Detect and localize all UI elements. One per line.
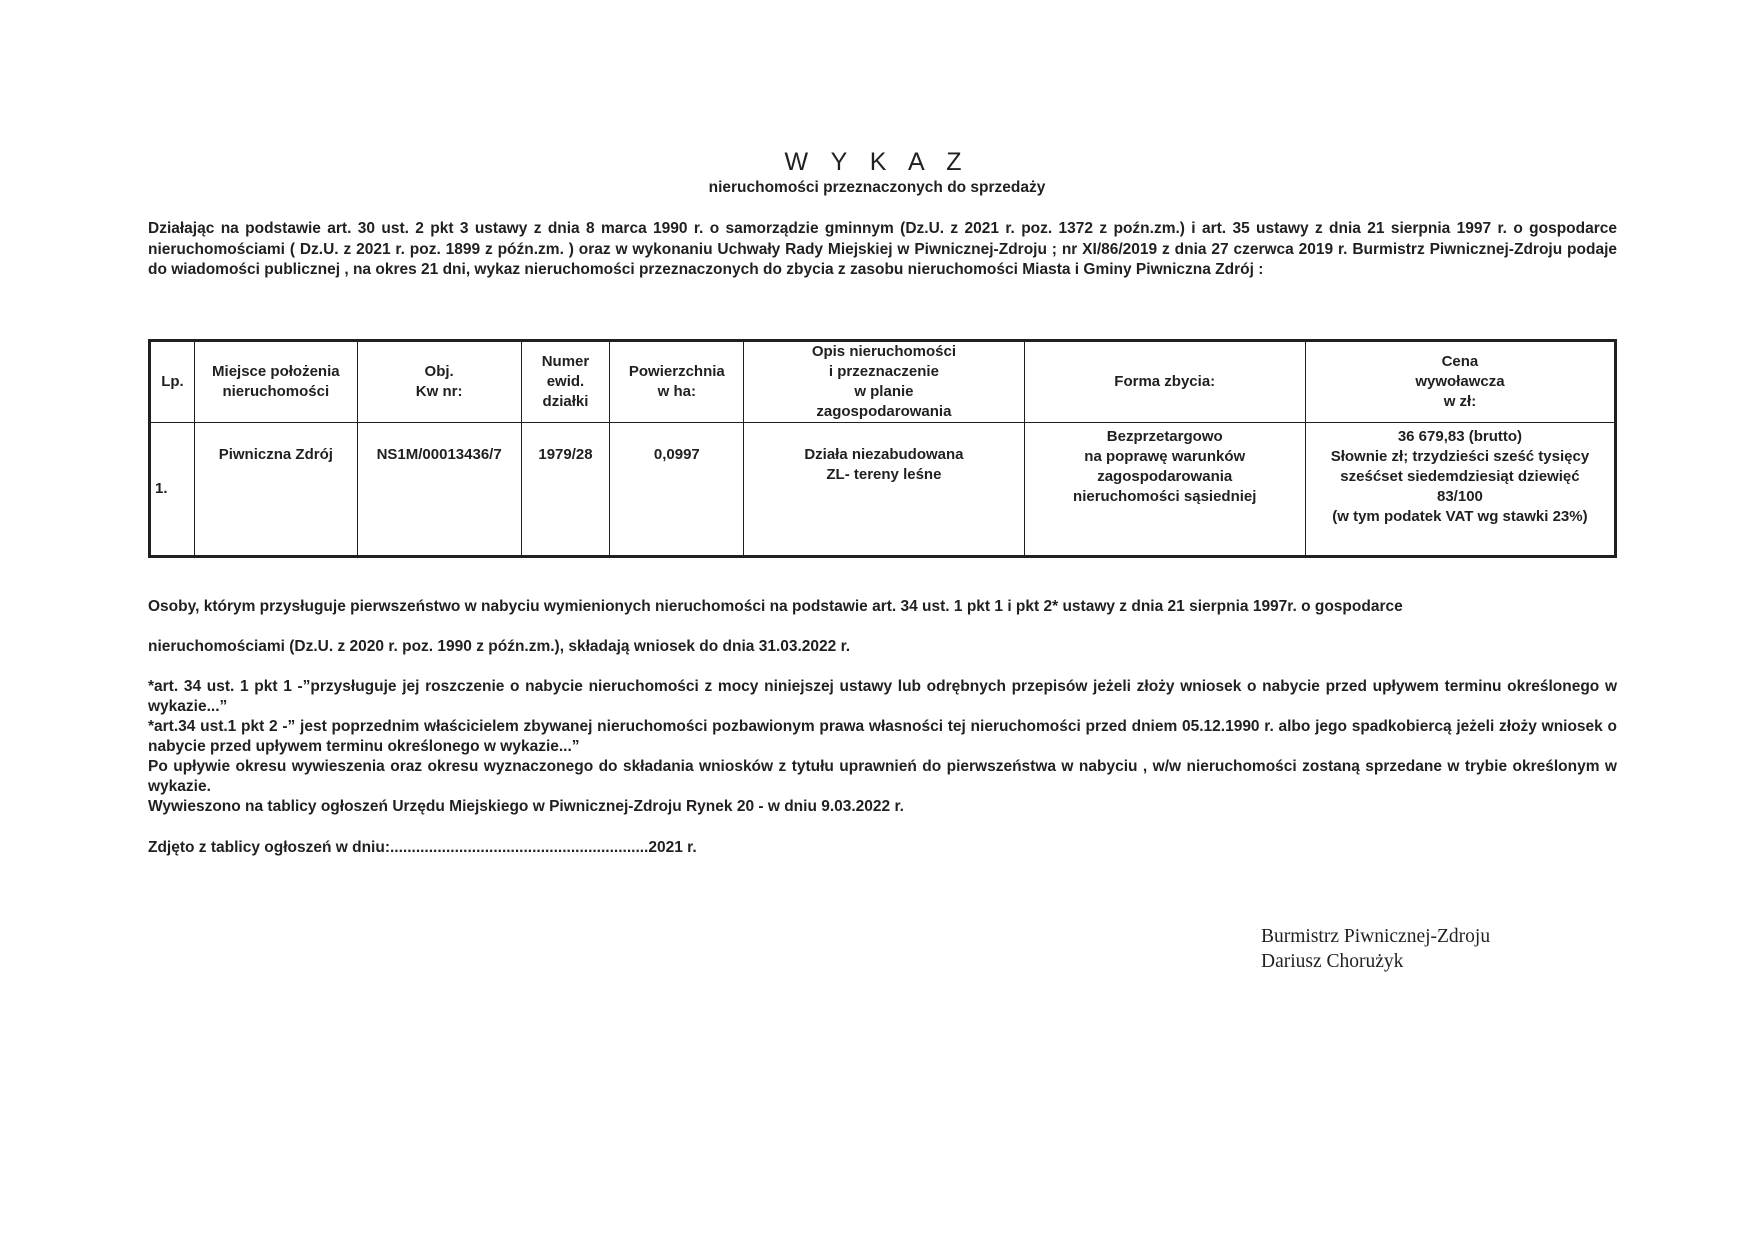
header-line: działki	[526, 392, 606, 412]
header-line: Powierzchnia	[614, 362, 739, 382]
signature-position: Burmistrz Piwnicznej-Zdroju	[1261, 924, 1490, 949]
header-line: Obj.	[362, 362, 517, 382]
header-line: Opis nieruchomości	[748, 342, 1019, 362]
description-line: ZL- tereny leśne	[748, 465, 1019, 485]
table-header-row: Lp.Miejsce położenianieruchomościObj.Kw …	[150, 341, 1616, 423]
header-sale-form: Forma zbycia:	[1024, 341, 1305, 423]
price-line: Słownie zł; trzydzieści sześć tysięcy	[1310, 447, 1610, 467]
header-line: ewid.	[526, 372, 606, 392]
header-lp: Lp.	[150, 341, 195, 423]
header-parcel-number: Numerewid.działki	[521, 341, 610, 423]
price-line: 83/100	[1310, 487, 1610, 507]
sale-form-line: zagospodarowania	[1029, 467, 1301, 487]
header-line: Kw nr:	[362, 382, 517, 402]
cell-lp: 1.	[150, 423, 195, 557]
header-line: Miejsce położenia	[199, 362, 353, 382]
header-kw-number: Obj.Kw nr:	[357, 341, 521, 423]
price-line: sześćset siedemdziesiąt dziewięć	[1310, 467, 1610, 487]
header-line: wywoławcza	[1310, 372, 1610, 392]
footnote-pkt1: *art. 34 ust. 1 pkt 1 -”przysługuje jej …	[148, 677, 1617, 717]
header-line: w planie	[748, 382, 1019, 402]
header-line: w ha:	[614, 382, 739, 402]
price-line: 36 679,83 (brutto)	[1310, 427, 1610, 447]
intro-paragraph: Działając na podstawie art. 30 ust. 2 pk…	[148, 219, 1617, 281]
sale-form-line: na poprawę warunków	[1029, 447, 1301, 467]
signature-block: Burmistrz Piwnicznej-Zdroju Dariusz Chor…	[1261, 924, 1490, 974]
removed-notice: Zdjęto z tablicy ogłoszeń w dniu:.......…	[148, 838, 1617, 858]
description-line: Działa niezabudowana	[748, 445, 1019, 465]
header-area: Powierzchniaw ha:	[610, 341, 744, 423]
header-description: Opis nieruchomościi przeznaczeniew plani…	[744, 341, 1024, 423]
footnote-pkt2: *art.34 ust.1 pkt 2 -” jest poprzednim w…	[148, 717, 1617, 757]
cell-sale-form: Bezprzetargowo na poprawę warunków zagos…	[1024, 423, 1305, 557]
after-period-paragraph: Po upływie okresu wywieszenia oraz okres…	[148, 757, 1617, 797]
sale-form-line: nieruchomości sąsiedniej	[1029, 487, 1301, 507]
header-price: Cenawywoławczaw zł:	[1305, 341, 1615, 423]
cell-kw-number: NS1M/00013436/7	[357, 423, 521, 557]
cell-area: 0,0997	[610, 423, 744, 557]
table-row: 1. Piwniczna Zdrój NS1M/00013436/7 1979/…	[150, 423, 1616, 557]
header-line: Numer	[526, 352, 606, 372]
posted-notice: Wywieszono na tablicy ogłoszeń Urzędu Mi…	[148, 797, 1617, 817]
header-line: Lp.	[155, 372, 190, 392]
header-line: w zł:	[1310, 392, 1610, 412]
cell-parcel-number: 1979/28	[521, 423, 610, 557]
signature-name: Dariusz Chorużyk	[1261, 949, 1490, 974]
cell-price: 36 679,83 (brutto) Słownie zł; trzydzieś…	[1305, 423, 1615, 557]
sale-form-line: Bezprzetargowo	[1029, 427, 1301, 447]
header-line: i przeznaczenie	[748, 362, 1019, 382]
cell-location: Piwniczna Zdrój	[194, 423, 357, 557]
document-title: W Y K A Z	[0, 148, 1754, 177]
price-line: (w tym podatek VAT wg stawki 23%)	[1310, 507, 1610, 527]
document-subtitle: nieruchomości przeznaczonych do sprzedaż…	[0, 179, 1754, 197]
priority-line-1: Osoby, którym przysługuje pierwszeństwo …	[148, 597, 1617, 617]
priority-line-2: nieruchomościami (Dz.U. z 2020 r. poz. 1…	[148, 637, 1617, 657]
header-line: nieruchomości	[199, 382, 353, 402]
footnotes-block: *art. 34 ust. 1 pkt 1 -”przysługuje jej …	[148, 677, 1617, 817]
header-line: Forma zbycia:	[1029, 372, 1301, 392]
cell-description: Działa niezabudowana ZL- tereny leśne	[744, 423, 1024, 557]
property-table: Lp.Miejsce położenianieruchomościObj.Kw …	[148, 339, 1617, 558]
header-line: zagospodarowania	[748, 402, 1019, 422]
header-location: Miejsce położenianieruchomości	[194, 341, 357, 423]
header-line: Cena	[1310, 352, 1610, 372]
